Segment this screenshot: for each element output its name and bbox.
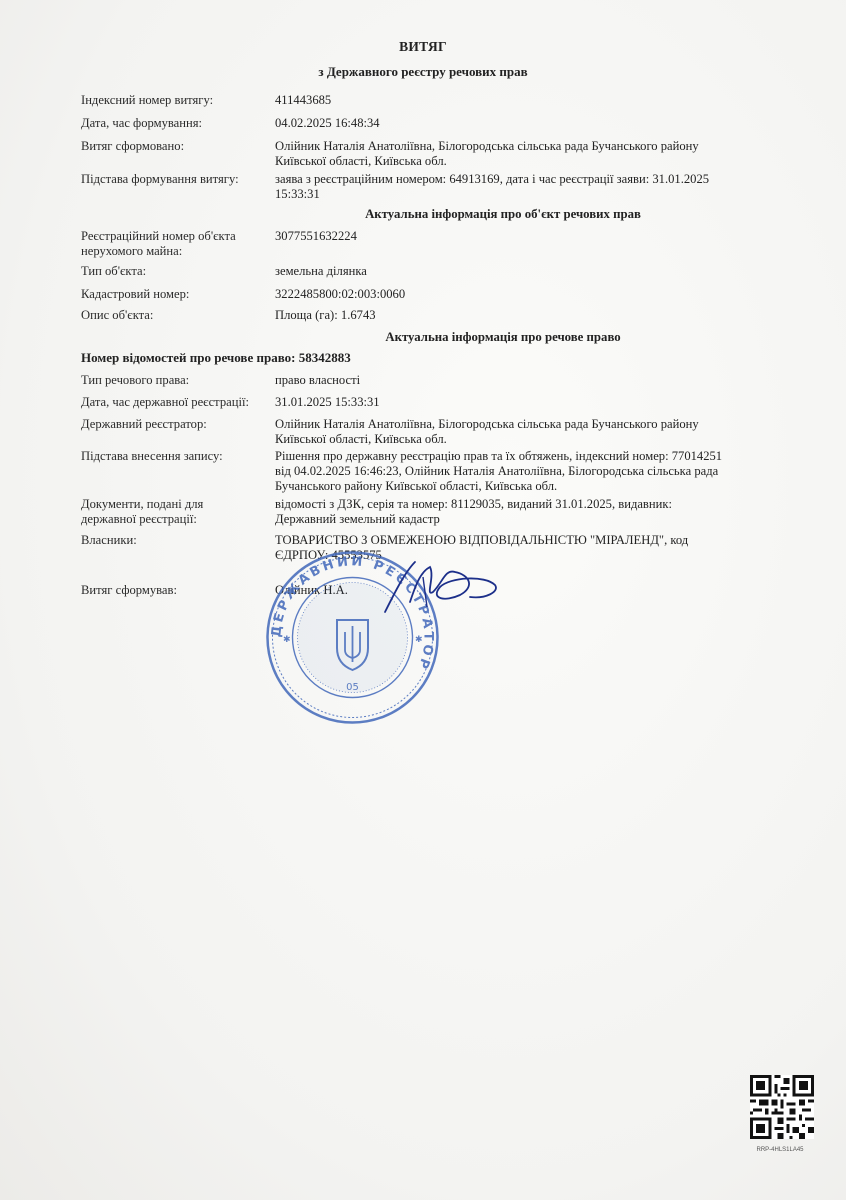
document-code: RRP-4HLS1LA45	[740, 1147, 820, 1153]
section-heading-object: Актуальна інформація про об'єкт речових …	[80, 207, 846, 222]
svg-text:✱: ✱	[415, 634, 423, 644]
signature-icon	[355, 557, 505, 617]
field-label: Тип речового права:	[81, 373, 271, 388]
field-value: право власності	[275, 373, 755, 388]
field-value: земельна ділянка	[275, 264, 755, 279]
field-value: Олійник Наталія Анатоліївна, Білогородсь…	[275, 417, 755, 447]
field-label: Опис об'єкта:	[81, 308, 271, 323]
field-label: Документи, подані для державної реєстрац…	[81, 497, 271, 527]
field-value: 3077551632224	[275, 229, 755, 244]
field-label: Тип об'єкта:	[81, 264, 271, 279]
field-value: 04.02.2025 16:48:34	[275, 116, 755, 131]
document-page: ВИТЯГ з Державного реєстру речових прав …	[0, 0, 846, 1200]
field-value: 411443685	[275, 93, 755, 108]
field-label: Підстава внесення запису:	[81, 449, 271, 464]
field-value: 3222485800:02:003:0060	[275, 287, 755, 302]
field-label: Витяг сформовано:	[81, 139, 271, 154]
section-heading-right: Актуальна інформація про речове право	[80, 330, 846, 345]
field-label: Державний реєстратор:	[81, 417, 271, 432]
field-label: Власники:	[81, 533, 271, 548]
right-record-number: Номер відомостей про речове право: 58342…	[81, 350, 351, 366]
field-value: відомості з ДЗК, серія та номер: 8112903…	[275, 497, 755, 527]
qr-code-icon	[750, 1075, 814, 1139]
field-label: Дата, час державної реєстрації:	[81, 395, 271, 410]
document-subtitle: з Державного реєстру речових прав	[0, 64, 846, 80]
field-value: заява з реєстраційним номером: 64913169,…	[275, 172, 755, 202]
field-label: Реєстраційний номер об'єкта нерухомого м…	[81, 229, 271, 259]
svg-text:✱: ✱	[283, 634, 291, 644]
field-value: Олійник Наталія Анатоліївна, Білогородсь…	[275, 139, 755, 169]
field-label: Підстава формування витягу:	[81, 172, 271, 187]
field-label: Індексний номер витягу:	[81, 93, 271, 108]
field-value: Площа (га): 1.6743	[275, 308, 755, 323]
document-title: ВИТЯГ	[0, 39, 846, 55]
field-label: Дата, час формування:	[81, 116, 271, 131]
stamp-number: 05	[346, 682, 359, 693]
field-label: Кадастровий номер:	[81, 287, 271, 302]
field-value: 31.01.2025 15:33:31	[275, 395, 755, 410]
field-label: Витяг сформував:	[81, 583, 271, 598]
field-value: Рішення про державну реєстрацію прав та …	[275, 449, 765, 494]
